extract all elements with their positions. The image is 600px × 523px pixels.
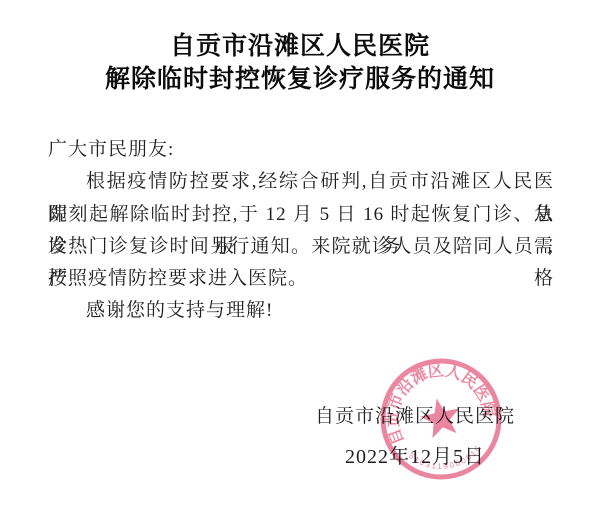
body-line: 根据疫情防控要求,经综合研判,自贡市沿滩区人民医院从 (48, 166, 554, 198)
notice-title-line2: 解除临时封控恢复诊疗服务的通知 (0, 63, 600, 96)
body-line: 发热门诊复诊时间另行通知。来院就诊人员及陪同人员需严格 (48, 231, 554, 263)
notice-title: 自贡市沿滩区人民医院 解除临时封控恢复诊疗服务的通知 (0, 30, 600, 96)
salutation: 广大市民朋友: (48, 134, 554, 166)
notice-title-line1: 自贡市沿滩区人民医院 (0, 30, 600, 63)
body-line: 即刻起解除临时封控,于 12 月 5 日 16 时起恢复门诊、急诊服务, (48, 199, 554, 231)
notice-page: 自贡市沿滩区人民医院 解除临时封控恢复诊疗服务的通知 广大市民朋友: 根据疫情防… (0, 0, 600, 523)
signature-block: 自贡市沿滩区人民医院 2022年12月5日 (300, 401, 530, 469)
signature-date: 2022年12月5日 (300, 440, 530, 469)
notice-body: 广大市民朋友: 根据疫情防控要求,经综合研判,自贡市沿滩区人民医院从 即刻起解除… (48, 134, 554, 328)
signature-organization: 自贡市沿滩区人民医院 (300, 401, 530, 428)
closing-line: 感谢您的支持与理解! (48, 295, 554, 327)
